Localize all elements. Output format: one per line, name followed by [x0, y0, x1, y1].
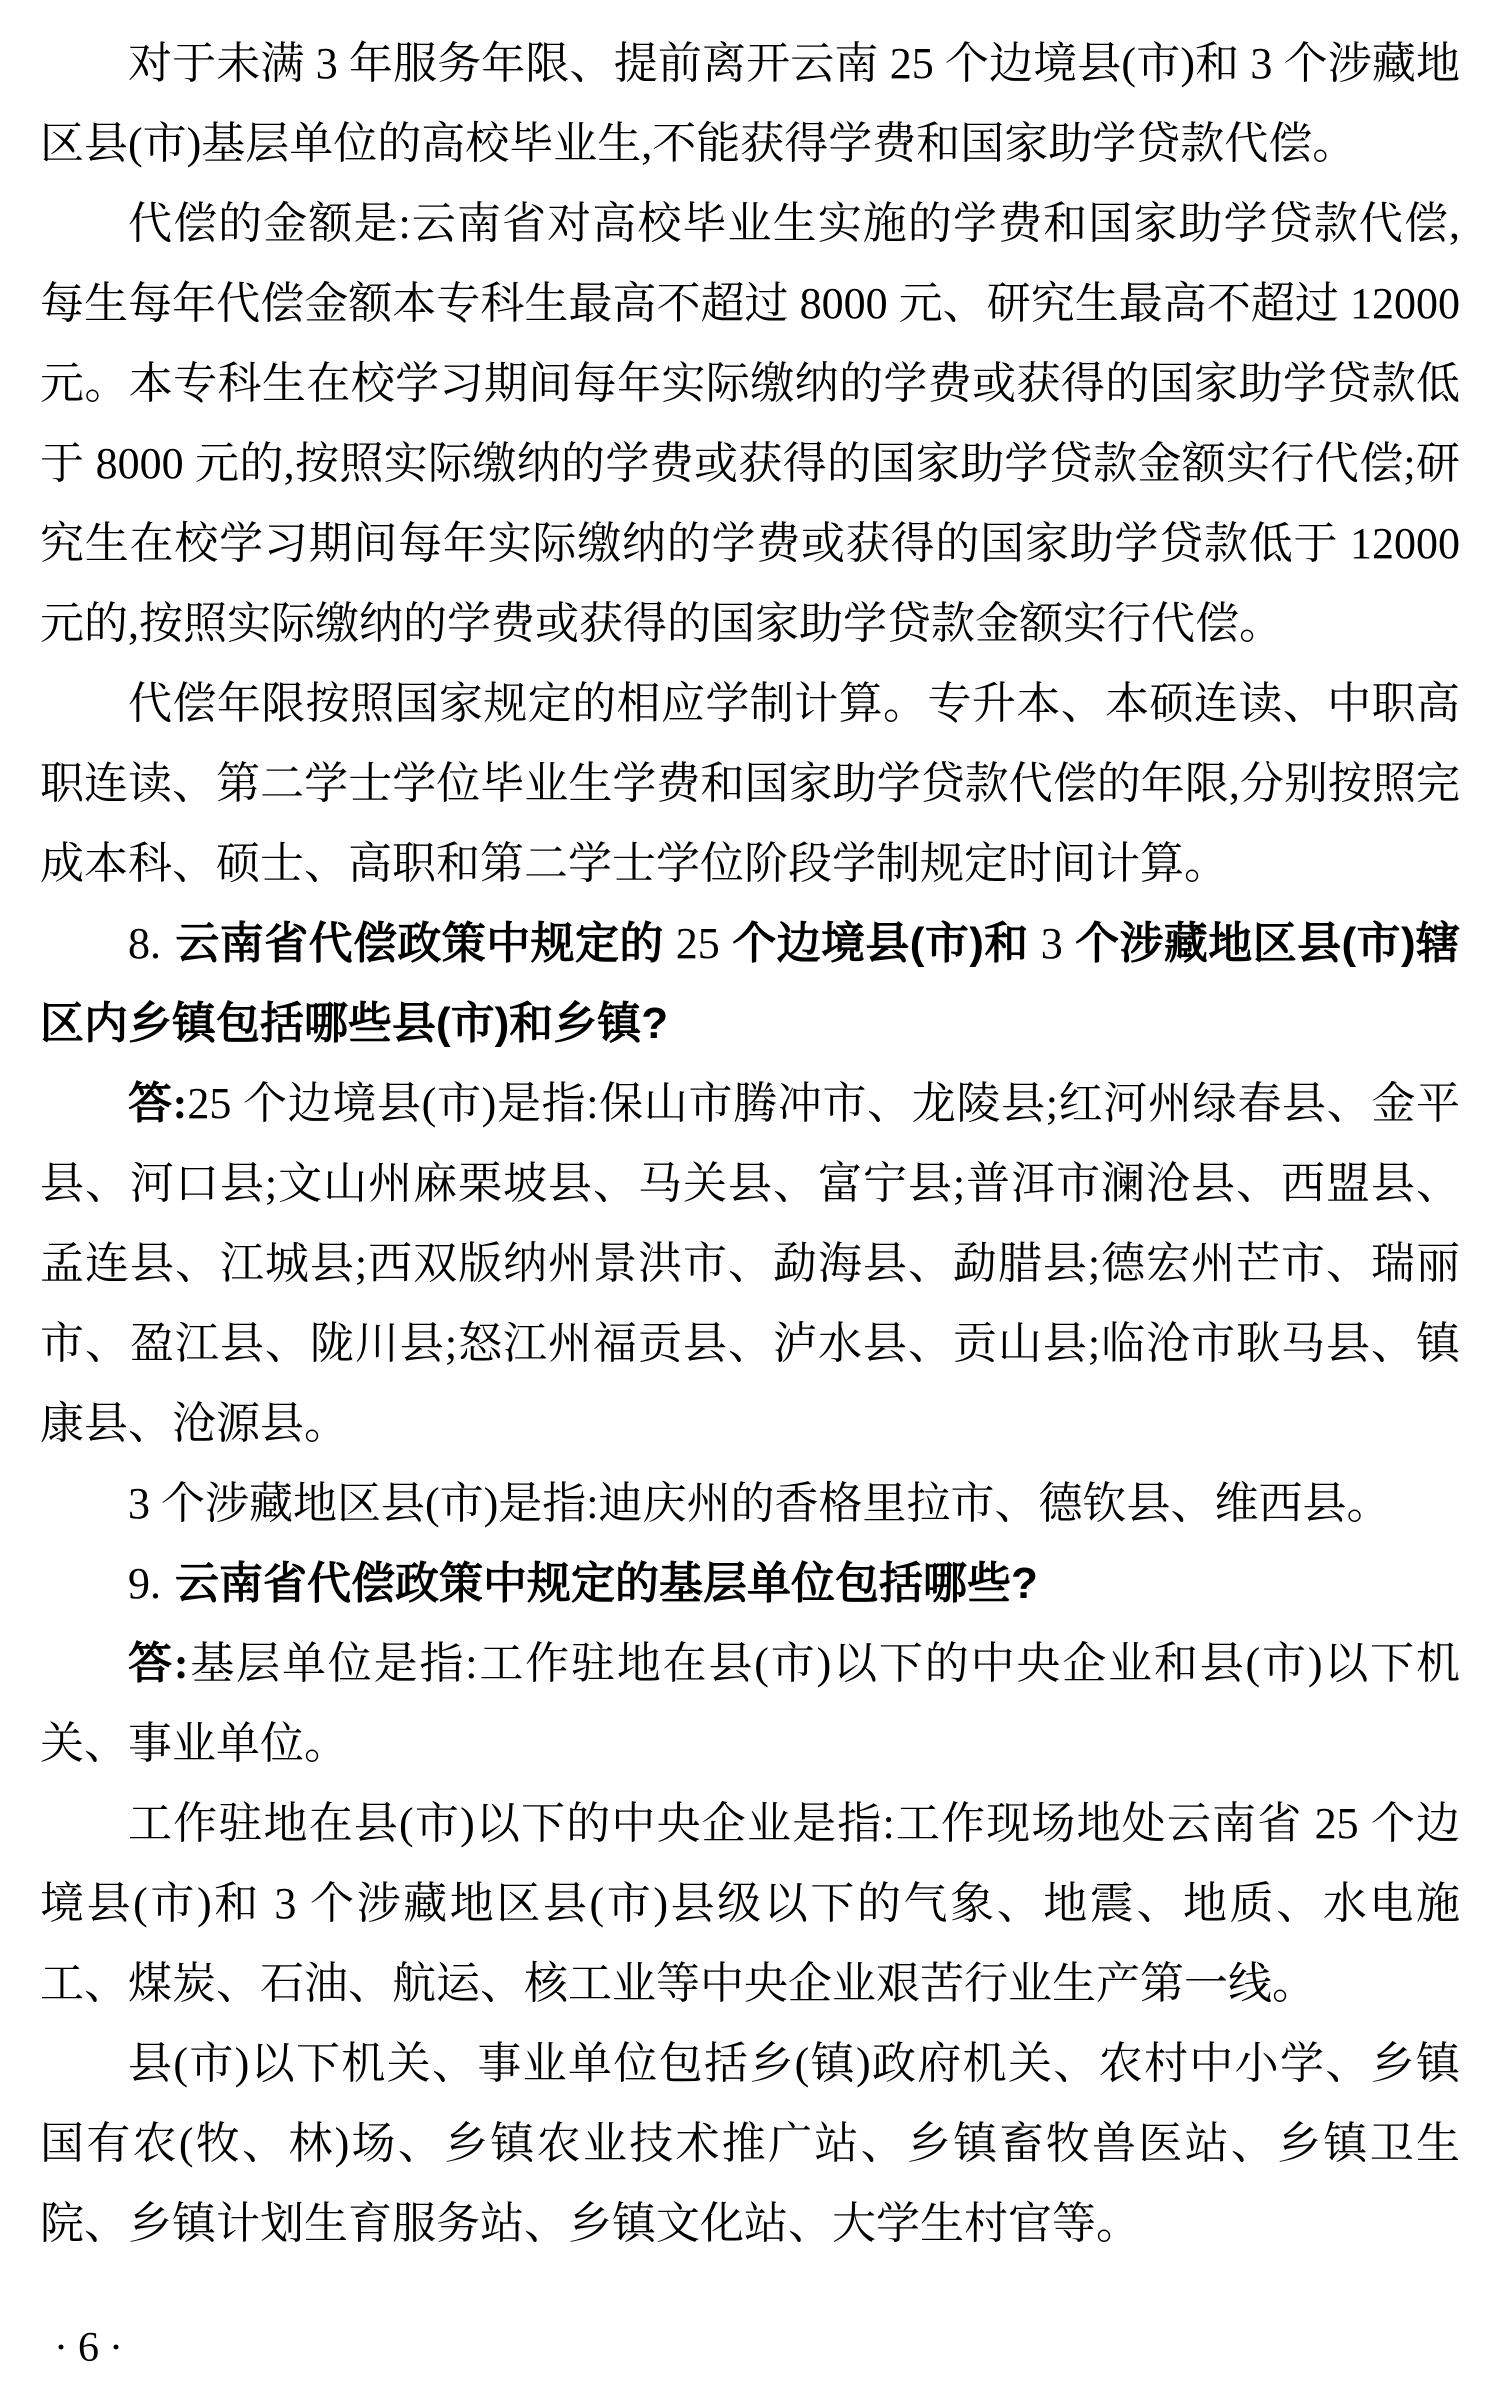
- paragraph-service-limit: 对于未满 3 年服务年限、提前离开云南 25 个边境县(市)和 3 个涉藏地区县…: [40, 24, 1460, 184]
- paragraph-tibetan-counties: 3 个涉藏地区县(市)是指:迪庆州的香格里拉市、德钦县、维西县。: [40, 1464, 1460, 1544]
- question-8-number: 8.: [128, 919, 161, 968]
- paragraph-central-enterprises: 工作驻地在县(市)以下的中央企业是指:工作现场地处云南省 25 个边境县(市)和…: [40, 1784, 1460, 2024]
- paragraph-compensation-years: 代偿年限按照国家规定的相应学制计算。专升本、本硕连读、中职高职连读、第二学士学位…: [40, 664, 1460, 904]
- question-8-text-part2: 个边境县(市)和: [732, 919, 1029, 968]
- answer-8-text: 25 个边境县(市)是指:保山市腾冲市、龙陵县;红河州绿春县、金平县、河口县;文…: [40, 1079, 1460, 1448]
- question-9-text: 云南省代偿政策中规定的基层单位包括哪些?: [175, 1559, 1038, 1608]
- document-body: 对于未满 3 年服务年限、提前离开云南 25 个边境县(市)和 3 个涉藏地区县…: [40, 24, 1460, 2264]
- question-8-count-border: 25: [676, 919, 720, 968]
- document-page: 对于未满 3 年服务年限、提前离开云南 25 个边境县(市)和 3 个涉藏地区县…: [0, 0, 1499, 2395]
- answer-8-paragraph: 答:25 个边境县(市)是指:保山市腾冲市、龙陵县;红河州绿春县、金平县、河口县…: [40, 1064, 1460, 1464]
- page-number: ·6·: [40, 2324, 1460, 2372]
- answer-9-text: 基层单位是指:工作驻地在县(市)以下的中央企业和县(市)以下机关、事业单位。: [40, 1639, 1460, 1768]
- question-9-heading: 9.云南省代偿政策中规定的基层单位包括哪些?: [40, 1544, 1460, 1624]
- question-9-number: 9.: [128, 1559, 161, 1608]
- paragraph-township-units: 县(市)以下机关、事业单位包括乡(镇)政府机关、农村中小学、乡镇国有农(牧、林)…: [40, 2024, 1460, 2264]
- question-8-heading: 8.云南省代偿政策中规定的25个边境县(市)和3个涉藏地区县(市)辖区内乡镇包括…: [40, 904, 1460, 1064]
- answer-9-paragraph: 答:基层单位是指:工作驻地在县(市)以下的中央企业和县(市)以下机关、事业单位。: [40, 1624, 1460, 1784]
- answer-9-label: 答:: [128, 1639, 188, 1688]
- question-8-text-part1: 云南省代偿政策中规定的: [175, 919, 664, 968]
- paragraph-compensation-amount: 代偿的金额是:云南省对高校毕业生实施的学费和国家助学贷款代偿,每生每年代偿金额本…: [40, 184, 1460, 664]
- answer-8-label: 答:: [128, 1079, 187, 1128]
- question-8-count-tibetan: 3: [1041, 919, 1063, 968]
